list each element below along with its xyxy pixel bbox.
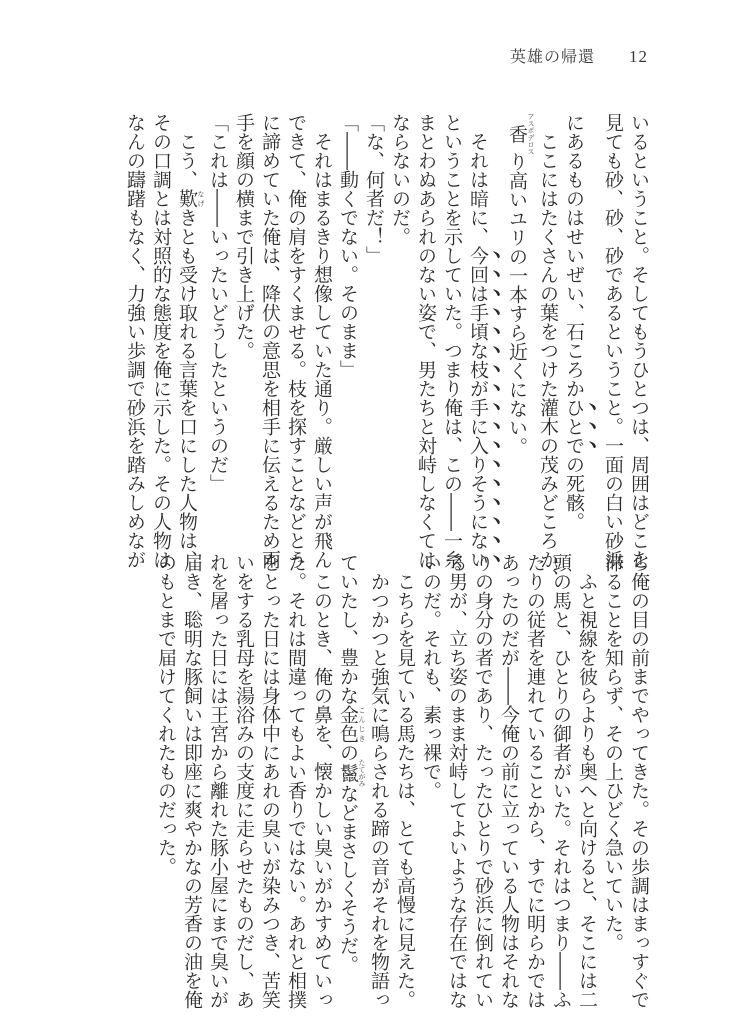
ruby-base: 金色 — [337, 705, 359, 743]
emphasized-text: 今回は手頃な枝が手に入りそうにない — [467, 246, 489, 569]
text-line: あったのだが――今俺の前に立っている人物はそれな — [496, 553, 522, 949]
ruby-text: こんじき — [358, 705, 366, 743]
text-line: 見ても砂、砂、砂であるということ。一面の白い砂浜 — [600, 113, 626, 509]
text-line: できて、俺の肩をすくませる。枝を探すことなどとう — [283, 113, 309, 509]
text-block-upper: いるということ。そしてもうひとつは、周囲はどこを 見ても砂、砂、砂であるというこ… — [132, 113, 652, 509]
text-line: このとき、俺の鼻を、懐かしい臭いがかすめていっ — [309, 553, 335, 949]
emphasized-text: ひとで — [563, 398, 585, 455]
text-line: いをする乳母を湯浴みの支度に走らせたものだし、あ — [231, 553, 257, 949]
text-line: ということを示していた。つまり俺は、この――一糸 — [439, 113, 465, 509]
text-line: りの身分の者であり、たったひとりで砂浜に倒れてい — [470, 553, 496, 949]
ruby-annotation: 香アスポデロス — [506, 113, 528, 152]
text-span: の死骸。 — [563, 455, 585, 531]
book-title: 英雄の帰還 — [510, 44, 595, 67]
text-line: ら俺の目の前までやってきた。その歩調はまっすぐで — [626, 553, 652, 949]
text-line: 滞ることを知らず、その上ひどく急いていた。 — [600, 553, 626, 949]
text-line: その口調とは対照的な態度を俺に示した。その人物は — [148, 113, 174, 509]
text-line: れを屠った日には王宮から離れた豚小屋にまで臭いが — [205, 553, 231, 949]
text-line: それは暗に、今回は手頃な枝が手に入りそうにない — [465, 113, 504, 509]
text-line: こちらを見ている馬たちは、とても高慢に見えた。 — [392, 553, 418, 949]
running-head: 英雄の帰還 12 — [510, 44, 648, 67]
text-line: かつかつと強気に鳴らされる蹄の音がそれを物語っ — [366, 553, 392, 949]
text-line: ならないのだ。 — [387, 113, 413, 509]
ruby-base: 香 — [506, 113, 528, 155]
text-line: それはまるきり想像していた通り。厳しい声が飛ん — [309, 113, 335, 509]
ruby-annotation: 歎なげ — [176, 189, 198, 208]
text-line: 届き、聡明な豚飼いは即座に爽やかなの芳香の油を俺 — [179, 553, 205, 949]
dialogue-line: 「な、何者だ！」 — [361, 113, 387, 509]
text-line: ていたし、豊かな金色こんじきの鬣たてがみなどまさしくそうだ。 — [335, 553, 366, 949]
text-line: 頭の馬と、ひとりの御者がいた。それはつまり――ふ — [548, 553, 574, 949]
text-line: なんの躊躇もなく、力強い歩調で砂浜を踏みしめなが — [122, 113, 148, 509]
text-line: た。それは間違ってもよい香りではない。あれと相撲 — [283, 553, 309, 949]
text-span: それは暗に、 — [467, 132, 489, 246]
text-block-lower: ら俺の目の前までやってきた。その歩調はまっすぐで 滞ることを知らず、その上ひどく… — [132, 553, 652, 949]
text-line: いるということ。そしてもうひとつは、周囲はどこを — [626, 113, 652, 509]
text-line: をとった日には身体中にあれの臭いが染みつき、苦笑 — [257, 553, 283, 949]
text-line: のもとまで届けてくれたものだった。 — [153, 553, 179, 949]
text-line: る男が、立ち姿のまま対峙してよいような存在ではな — [444, 553, 470, 949]
text-span: にあるものはせいぜい、石ころか — [563, 113, 585, 398]
dialogue-line: 「――動くでない。そのまま」 — [335, 113, 361, 509]
ruby-annotation: 金色こんじき — [337, 705, 359, 743]
text-line: にあるものはせいぜい、石ころかひとでの死骸。 — [561, 113, 600, 509]
text-span: こう、 — [176, 132, 198, 189]
text-line: に諦めていた俺は、降伏の意思を相手に伝えるため両 — [257, 113, 283, 509]
text-span: り高いユリの一本すら近くにない。 — [506, 152, 528, 456]
text-line: いのだ。それも、素っ裸で。 — [418, 553, 444, 949]
text-line: たりの従者を連れていることから、すでに明らかでは — [522, 553, 548, 949]
text-line: 手を顔の横まで引き上げた。 — [231, 113, 257, 509]
text-line: 香アスポデロスり高いユリの一本すら近くにない。 — [504, 113, 535, 509]
text-span: などまさしくそうだ。 — [337, 784, 359, 974]
text-line: まとわぬあられのない姿で、男たちと対峙しなくては — [413, 113, 439, 509]
ruby-base: 歎 — [176, 189, 198, 208]
text-span: きとも受け取れる言葉を口にした人物は、 — [176, 208, 198, 569]
text-line: ふと視線を彼らよりも奥へと向けると、そこには二 — [574, 553, 600, 949]
ruby-base: 鬣 — [337, 759, 359, 787]
dialogue-line: 「これは――いったいどうしたというのだ」 — [205, 113, 231, 509]
text-line: ここにはたくさんの葉をつけた灌木の茂みどころか、 — [535, 113, 561, 509]
page-number: 12 — [629, 47, 648, 67]
text-span: ていたし、豊かな — [337, 553, 359, 705]
ruby-annotation: 鬣たてがみ — [337, 762, 359, 784]
ruby-text: たてがみ — [358, 759, 366, 787]
text-line: こう、歎なげきとも受け取れる言葉を口にした人物は、 — [174, 113, 205, 509]
ruby-text: アスポデロス — [527, 113, 535, 155]
ruby-text: なげ — [197, 189, 205, 208]
